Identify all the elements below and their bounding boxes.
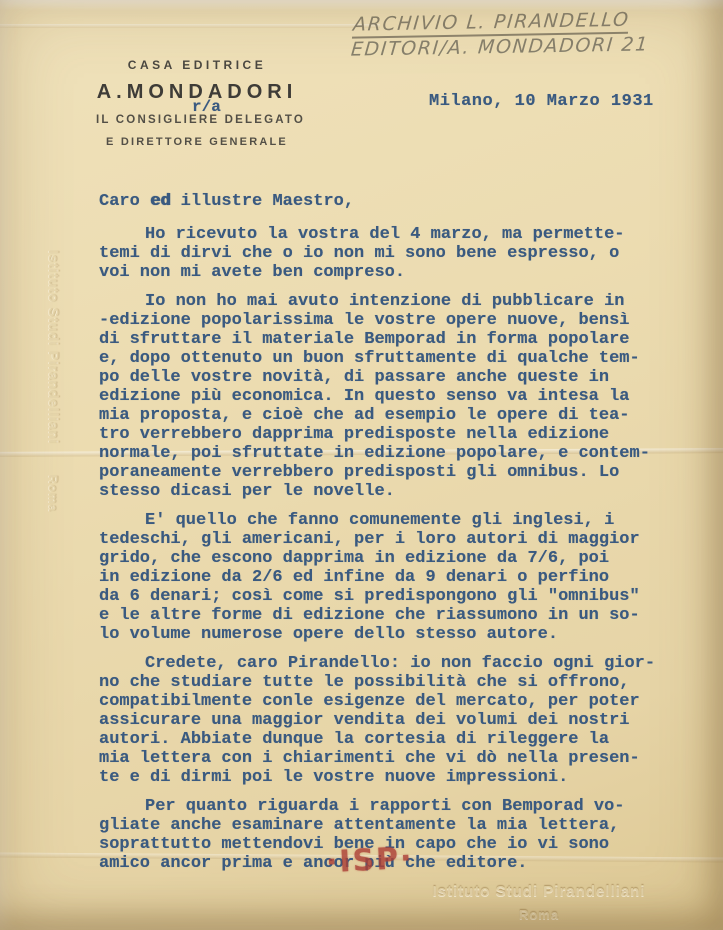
salutation-post: illustre Maestro, xyxy=(170,192,354,211)
paragraph-4: Credete, caro Pirandello: io non faccio … xyxy=(99,654,695,787)
letterhead: CASA EDITRICE A.MONDADORI r/a IL CONSIGL… xyxy=(96,58,298,148)
embossed-stamp-bottom-name: Istituto Studi Pirandelliani xyxy=(414,880,664,903)
embossed-stamp-bottom: Istituto Studi Pirandelliani Roma xyxy=(414,880,664,926)
letter-body: Caro ed illustre Maestro, Ho ricevuto la… xyxy=(99,192,695,873)
salutation-pre: Caro xyxy=(99,192,150,211)
embossed-stamp-side-city: Roma xyxy=(46,475,60,512)
embossed-stamp-side-name: Istituto Studi Pirandelliani xyxy=(46,250,61,445)
embossed-stamp-bottom-city: Roma xyxy=(414,903,664,926)
paper-crease-top xyxy=(0,24,380,28)
paragraph-3: E' quello che fanno comunemente gli ingl… xyxy=(99,511,695,644)
salutation-overstruck-word: ed xyxy=(150,192,170,211)
scanned-letter-page: Istituto Studi Pirandelliani Roma CASA E… xyxy=(0,0,723,930)
letterhead-company-type: CASA EDITRICE xyxy=(96,58,298,72)
letterhead-title-line2: E DIRETTORE GENERALE xyxy=(96,136,298,148)
dateline: Milano, 10 Marzo 1931 xyxy=(429,92,654,111)
paragraph-2: Io non ho mai avuto intenzione di pubbli… xyxy=(99,292,695,501)
letterhead-title-line1: IL CONSIGLIERE DELEGATO xyxy=(96,114,298,126)
paragraph-1: Ho ricevuto la vostra del 4 marzo, ma pe… xyxy=(99,225,695,282)
handwritten-archive-note: ARCHIVIO L. PIRANDELLO EDITORI/A. MONDAD… xyxy=(350,7,652,62)
embossed-stamp-side: Istituto Studi Pirandelliani Roma xyxy=(46,250,61,580)
salutation: Caro ed illustre Maestro, xyxy=(99,192,695,211)
isp-red-stamp: ·ISP· xyxy=(325,841,414,881)
archive-note-line2: EDITORI/A. MONDADORI 21 xyxy=(350,33,650,60)
